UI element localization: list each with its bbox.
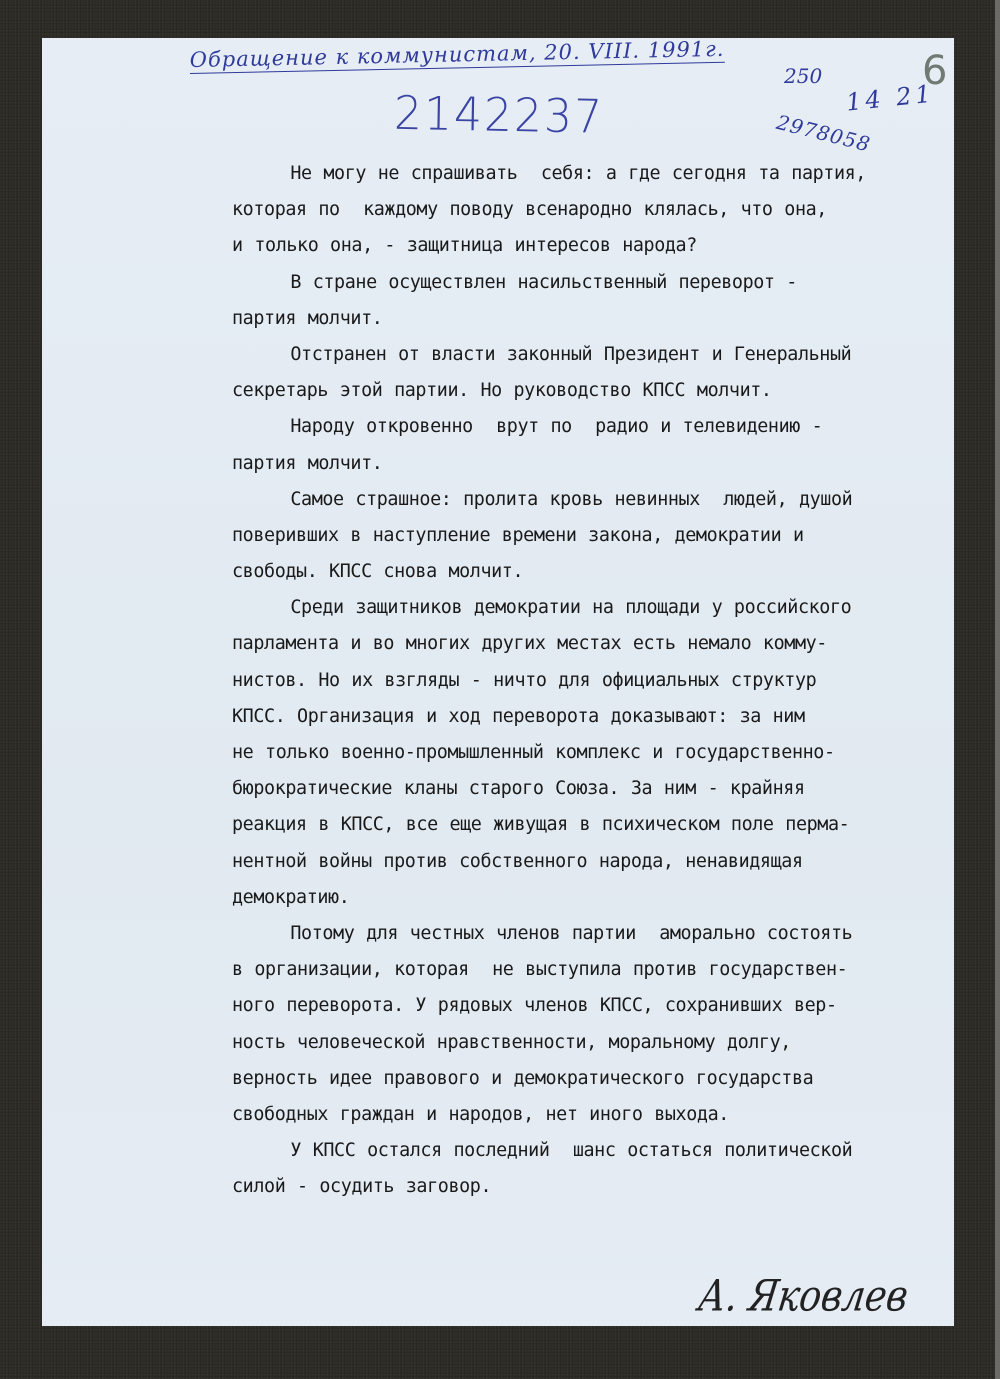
text-line: нистов. Но их взгляды - ничто для официа… — [232, 663, 952, 699]
text-line: и только она, - защитница интересов наро… — [232, 228, 952, 264]
text-line: Не могу не спрашивать себя: а где сегодн… — [232, 156, 952, 192]
handwritten-ref-2978058: 2978058 — [774, 110, 873, 157]
text-line: КПСС. Организация и ход переворота доказ… — [232, 699, 952, 735]
text-line: партия молчит. — [232, 301, 952, 337]
text-line: бюрократические кланы старого Союза. За … — [232, 771, 952, 807]
scanner-edge-strip — [995, 0, 1000, 1379]
text-line: поверивших в наступление времени закона,… — [232, 518, 952, 554]
text-line: Отстранен от власти законный Президент и… — [232, 337, 952, 373]
text-line: ность человеческой нравственности, морал… — [232, 1025, 952, 1061]
handwritten-title: Обращение к коммунистам, 20. VIII. 1991г… — [189, 37, 724, 74]
handwritten-catalog-number: 2142237 — [394, 87, 605, 144]
text-line: Среди защитников демократии на площади у… — [232, 590, 952, 626]
document-page: Обращение к коммунистам, 20. VIII. 1991г… — [42, 38, 954, 1326]
text-line: нентной войны против собственного народа… — [232, 844, 952, 880]
text-line: Самое страшное: пролита кровь невинных л… — [232, 482, 952, 518]
text-line: в организации, которая не выступила прот… — [232, 952, 952, 988]
text-line: не только военно-промышленный комплекс и… — [232, 735, 952, 771]
text-line: силой - осудить заговор. — [232, 1169, 952, 1205]
text-line: свободных граждан и народов, нет иного в… — [232, 1097, 952, 1133]
text-line: секретарь этой партии. Но руководство КП… — [232, 373, 952, 409]
text-line: ного переворота. У рядовых членов КПСС, … — [232, 988, 952, 1024]
text-line: демократию. — [232, 880, 952, 916]
text-line: Народу откровенно врут по радио и телеви… — [232, 409, 952, 445]
text-line: парламента и во многих других местах ест… — [232, 626, 952, 662]
typed-letter-body: Не могу не спрашивать себя: а где сегодн… — [232, 156, 952, 1205]
sheet-number: 6 — [922, 48, 947, 94]
text-line: реакция в КПСС, все еще живущая в психич… — [232, 807, 952, 843]
signature: А. Яковлев — [696, 1272, 911, 1321]
handwritten-ref-250: 250 — [784, 64, 822, 88]
text-line: У КПСС остался последний шанс остаться п… — [232, 1133, 952, 1169]
text-line: верность идее правового и демократическо… — [232, 1061, 952, 1097]
text-line: которая по каждому поводу всенародно кля… — [232, 192, 952, 228]
text-line: Потому для честных членов партии амораль… — [232, 916, 952, 952]
text-line: свободы. КПСС снова молчит. — [232, 554, 952, 590]
text-line: В стране осуществлен насильственный пере… — [232, 265, 952, 301]
text-line: партия молчит. — [232, 446, 952, 482]
